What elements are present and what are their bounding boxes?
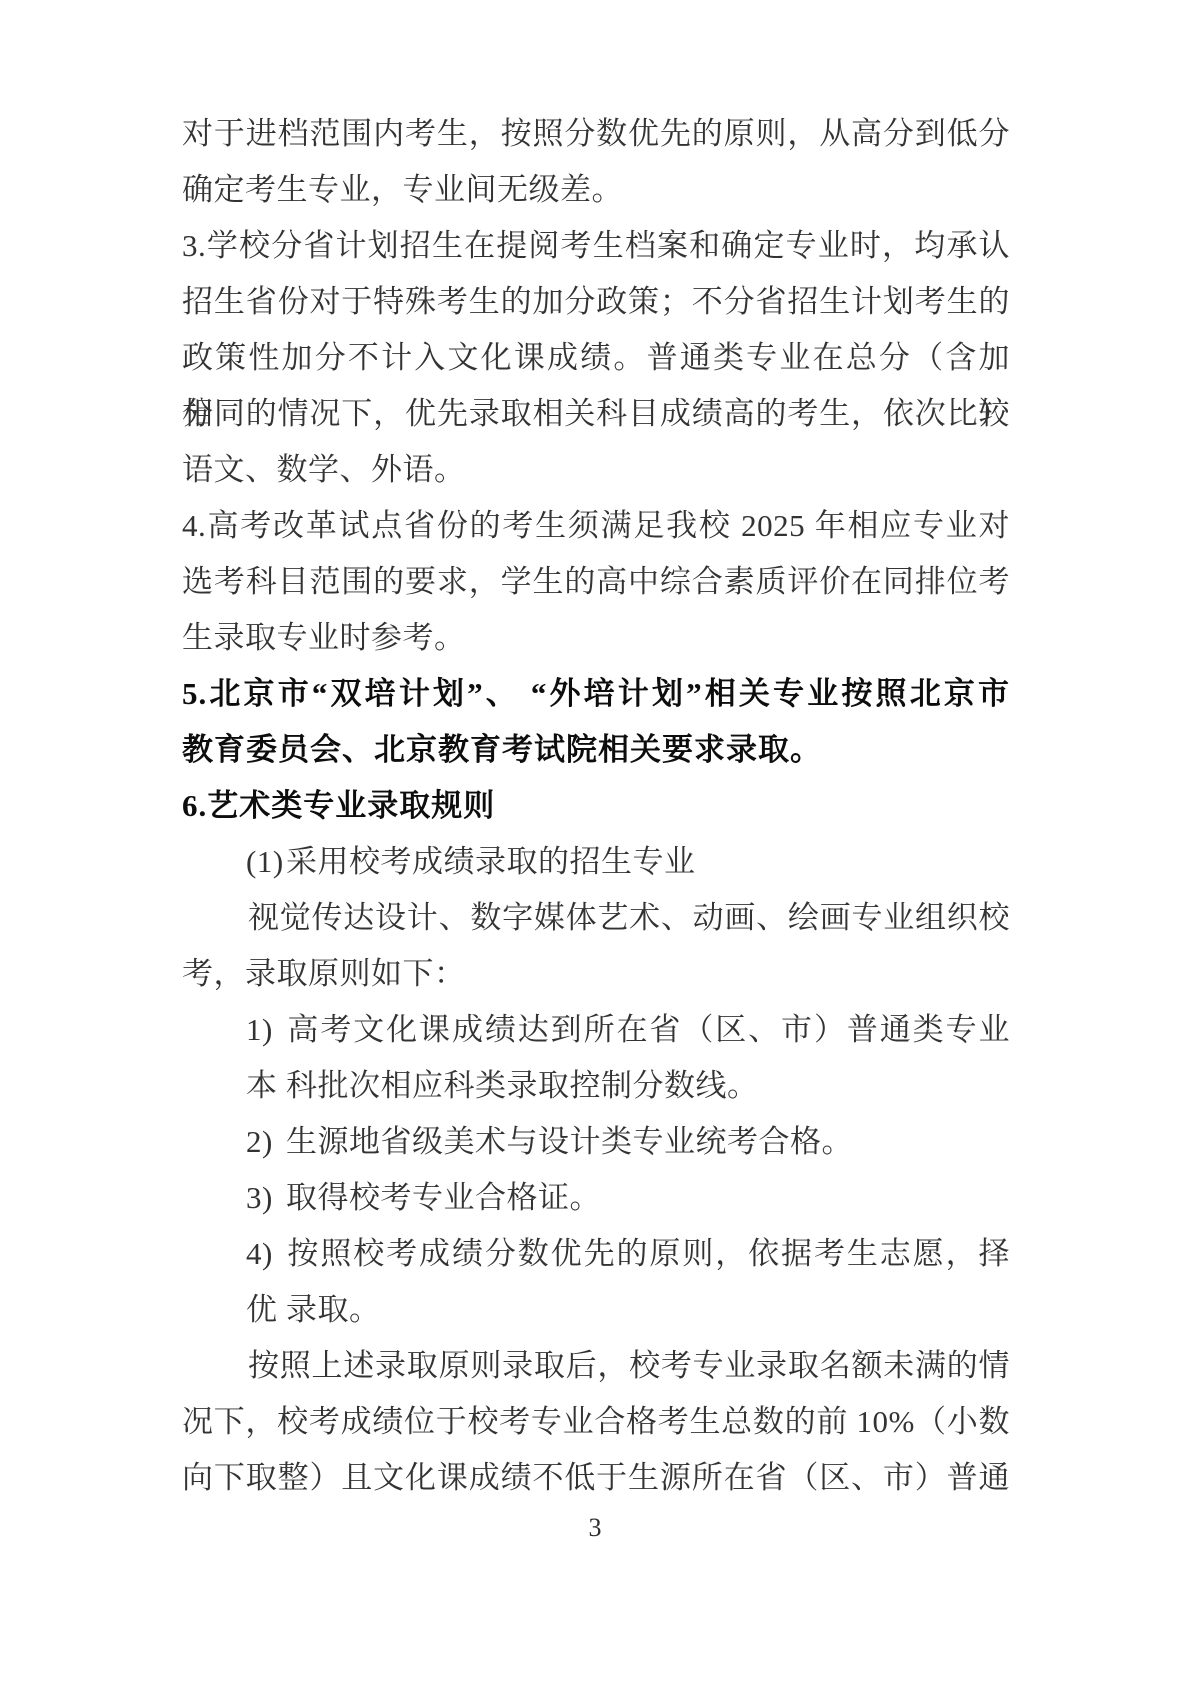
text-line-bold: 教育委员会、北京教育考试院相关要求录取。 [182, 722, 1010, 778]
text-line: 3)取得校考专业合格证。 [182, 1170, 1010, 1226]
text-line: 政策性加分不计入文化课成绩。普通类专业在总分（含加分） [182, 330, 1010, 386]
text-line: 按照上述录取原则录取后，校考专业录取名额未满的情 [182, 1338, 1010, 1394]
text-line: 向下取整）且文化课成绩不低于生源所在省（区、市）普通 [182, 1450, 1010, 1506]
text-line: 录取。 [182, 1282, 1010, 1338]
text-line: 生录取专业时参考。 [182, 610, 1010, 666]
list-item-text: 采用校考成绩录取的招生专业 [286, 844, 696, 879]
list-marker: (1) [246, 834, 286, 890]
text-line: 考，录取原则如下： [182, 946, 1010, 1002]
text-line: (1)采用校考成绩录取的招生专业 [182, 834, 1010, 890]
document-page: 对于进档范围内考生，按照分数优先的原则，从高分到低分 确定考生专业，专业间无级差… [0, 0, 1190, 1684]
list-marker: 3) [246, 1170, 286, 1226]
list-marker: 2) [246, 1114, 286, 1170]
page-number: 3 [0, 1510, 1190, 1546]
list-marker: 4) [246, 1226, 286, 1282]
text-line: 招生省份对于特殊考生的加分政策；不分省招生计划考生的 [182, 274, 1010, 330]
list-item-text: 取得校考专业合格证。 [286, 1180, 601, 1215]
text-line: 选考科目范围的要求，学生的高中综合素质评价在同排位考 [182, 554, 1010, 610]
text-line: 2)生源地省级美术与设计类专业统考合格。 [182, 1114, 1010, 1170]
text-line: 对于进档范围内考生，按照分数优先的原则，从高分到低分 [182, 106, 1010, 162]
text-line: 3.学校分省计划招生在提阅考生档案和确定专业时，均承认 [182, 218, 1010, 274]
text-line: 视觉传达设计、数字媒体艺术、动画、绘画专业组织校 [182, 890, 1010, 946]
list-item-text: 生源地省级美术与设计类专业统考合格。 [286, 1124, 853, 1159]
text-line: 确定考生专业，专业间无级差。 [182, 162, 1010, 218]
list-marker: 1) [246, 1002, 286, 1058]
text-line: 语文、数学、外语。 [182, 442, 1010, 498]
text-line: 相同的情况下，优先录取相关科目成绩高的考生，依次比较 [182, 386, 1010, 442]
text-line: 况下，校考成绩位于校考专业合格考生总数的前 10%（小数 [182, 1394, 1010, 1450]
document-body: 对于进档范围内考生，按照分数优先的原则，从高分到低分 确定考生专业，专业间无级差… [182, 106, 1010, 1506]
text-line: 科批次相应科类录取控制分数线。 [182, 1058, 1010, 1114]
text-line: 4)按照校考成绩分数优先的原则，依据考生志愿，择优 [182, 1226, 1010, 1282]
text-line-bold: 5.北京市“双培计划”、 “外培计划”相关专业按照北京市 [182, 666, 1010, 722]
text-line: 4.高考改革试点省份的考生须满足我校 2025 年相应专业对 [182, 498, 1010, 554]
text-line: 1)高考文化课成绩达到所在省（区、市）普通类专业本 [182, 1002, 1010, 1058]
section-heading: 6.艺术类专业录取规则 [182, 778, 1010, 834]
